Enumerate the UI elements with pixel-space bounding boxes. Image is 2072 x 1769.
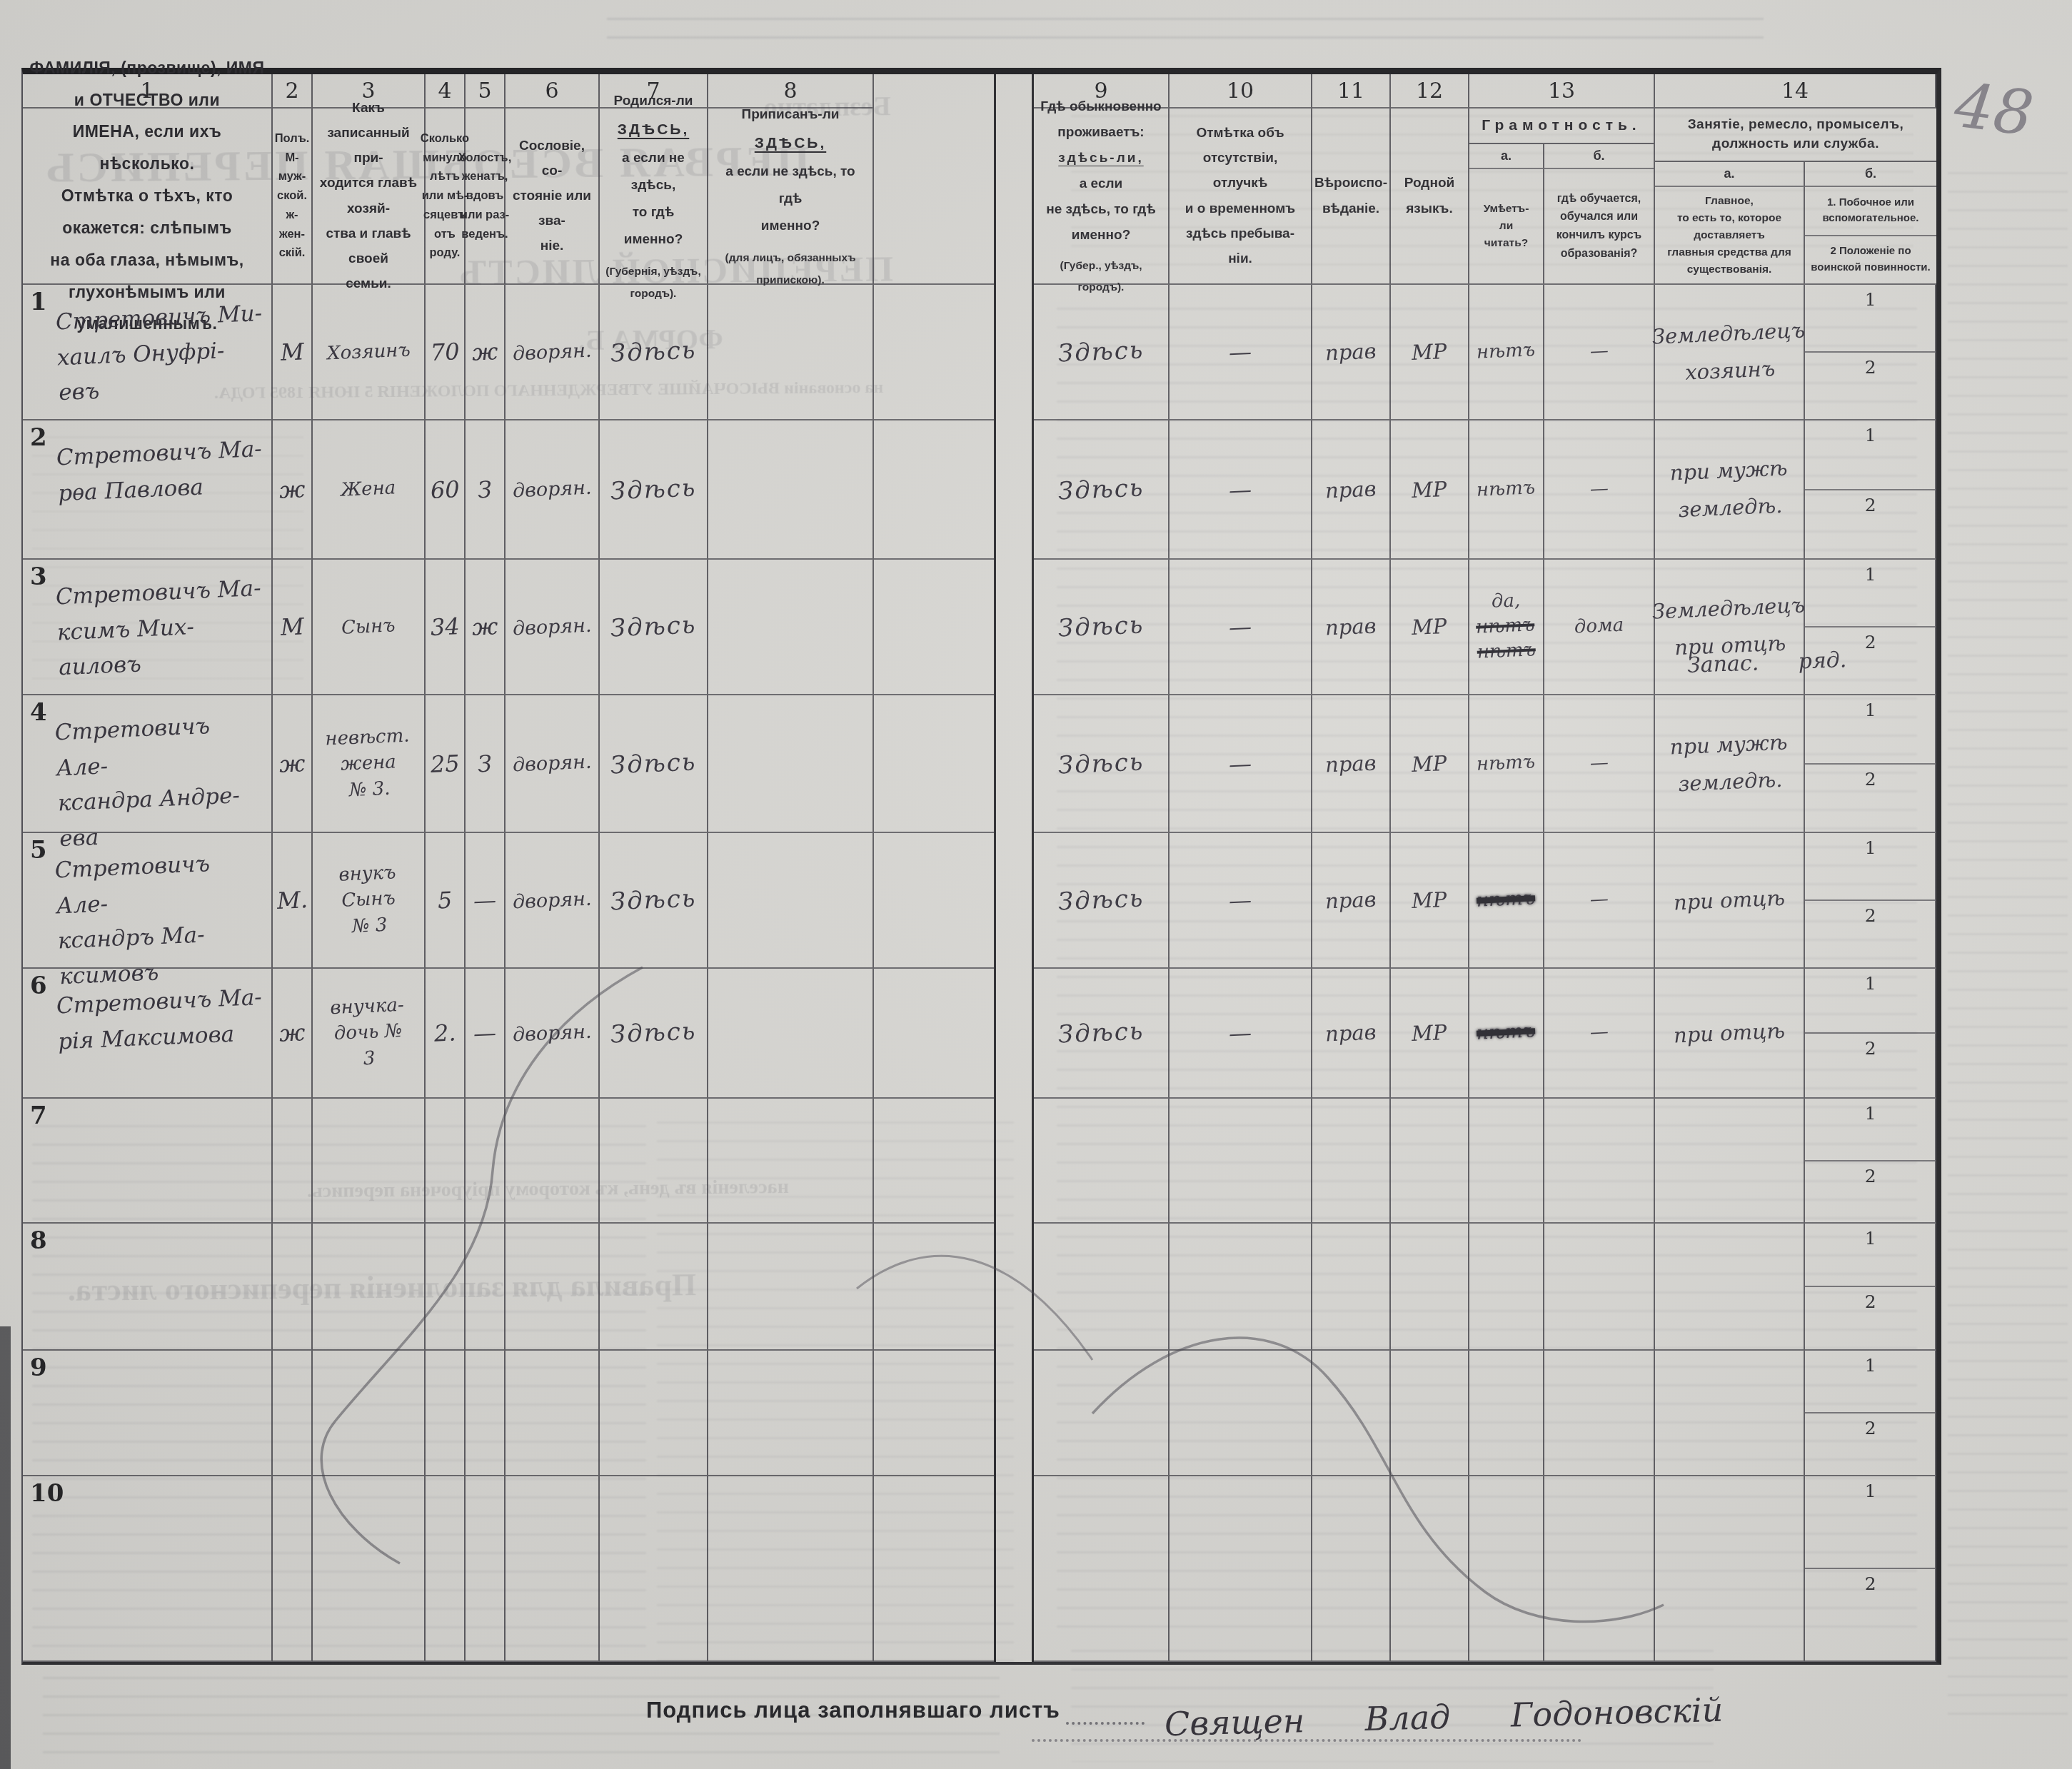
sheet-margin [874,833,994,969]
occupation-cell: при мужѣ земледѣ. [1655,420,1805,560]
left-edge-shadow [0,1326,11,1769]
header-col8-registration: Приписанъ-ли ЗДѢСЬ, а если не здѣсь, то … [708,109,874,285]
census-sheet-page: Безплатно. ПЕРВАЯ ВСЕОБЩАЯ ПЕРЕПИСЬ ПЕРЕ… [0,0,2072,1769]
occupation-secondary-cell: 1 2 [1805,1099,1936,1224]
name-cell: 10 [23,1476,273,1662]
religion-cell [1312,1099,1391,1224]
registration-cell [708,1351,874,1476]
column-number-14: 14 [1655,74,1936,109]
relation-cell: Хозяинъ [313,285,426,420]
age-cell: 25 [426,695,466,833]
estate-cell [506,1476,600,1662]
sheet-fold [994,74,1034,1662]
header-col5-marital: Холостъ, женатъ, вдовъ или раз- веденъ. [466,109,506,285]
language-cell [1391,1099,1469,1224]
header-col11-religion: Вѣроиспо- вѣданіе. [1312,109,1391,285]
birthplace-cell: Здѣсь [600,969,708,1099]
absence-cell: — [1170,969,1312,1099]
occupation-secondary-cell: 1 2 [1805,833,1936,969]
registration-cell [708,1099,874,1224]
header-col13-literacy: Грамотность. а. б. Умѣетъ- ли читать? гд… [1469,109,1655,285]
name-cell: 7 [23,1099,273,1224]
literacy-read-cell: нѣтъ [1469,420,1544,560]
estate-cell [506,1099,600,1224]
name-cell: 9 [23,1351,273,1476]
literacy-school-cell: — [1544,420,1655,560]
relation-cell [313,1224,426,1351]
estate-cell [506,1224,600,1351]
registration-cell [708,420,874,560]
absence-cell: — [1170,285,1312,420]
residence-cell: Здѣсь [1034,695,1170,833]
estate-cell: дворян. [506,285,600,420]
sex-cell: М [273,560,313,695]
age-cell: 34 [426,560,466,695]
sheet-margin [874,695,994,833]
column-number-11: 11 [1312,74,1391,109]
language-cell [1391,1351,1469,1476]
occupation-secondary-cell: 1 2 [1805,1351,1936,1476]
marital-cell: З [466,695,506,833]
language-cell: МР [1391,969,1469,1099]
header-col6-estate: Сословіе, со- стояніе или зва- ніе. [506,109,600,285]
language-cell: МР [1391,560,1469,695]
signature-leader-dots [1066,1698,1145,1725]
estate-cell: дворян. [506,560,600,695]
relation-cell: невѣст. жена № 3. [313,695,426,833]
header-col2-sex: Полъ. М-муж- ской. ж-жен- скій. [273,109,313,285]
sheet-margin [874,1099,994,1224]
signature-label: Подпись лица заполнявшаго листъ [646,1698,1060,1723]
sex-cell [273,1476,313,1662]
birthplace-cell [600,1351,708,1476]
occupation-cell: при отцѣ [1655,833,1805,969]
birthplace-cell: Здѣсь [600,833,708,969]
birthplace-cell: Здѣсь [600,695,708,833]
sheet-margin [874,285,994,420]
header-col12-language: Родной языкъ. [1391,109,1469,285]
sheet-margin [874,560,994,695]
registration-cell [708,833,874,969]
religion-cell [1312,1476,1391,1662]
relation-cell: Сынъ [313,560,426,695]
language-cell: МР [1391,420,1469,560]
birthplace-cell [600,1099,708,1224]
marital-cell: З [466,420,506,560]
column-number-10: 10 [1170,74,1312,109]
estate-cell: дворян. [506,833,600,969]
literacy-school-cell [1544,1224,1655,1351]
literacy-read-cell: нѣтъ [1469,695,1544,833]
age-cell: 60 [426,420,466,560]
marital-cell: — [466,969,506,1099]
occupation-cell [1655,1476,1805,1662]
literacy-school-cell [1544,1351,1655,1476]
residence-cell [1034,1099,1170,1224]
enumerator-signature: Священ Влад Годоновскій [1164,1690,1723,1743]
sheet-margin [874,1476,994,1662]
registration-cell [708,1476,874,1662]
absence-cell [1170,1099,1312,1224]
column-number-6: 6 [506,74,600,109]
sheet-margin [874,969,994,1099]
age-cell [426,1224,466,1351]
literacy-school-cell: дома [1544,560,1655,695]
signature-block: Подпись лица заполнявшаго листъ Священ В… [646,1698,1723,1736]
marital-cell: — [466,833,506,969]
column-number-12: 12 [1391,74,1469,109]
age-cell: 70 [426,285,466,420]
military-status-entry: Запас. ряд. [1686,647,1846,678]
sex-cell: М. [273,833,313,969]
relation-cell [313,1351,426,1476]
header-col1-names: ФАМИЛІЯ, (прозвище), ИМЯ и ОТЧЕСТВО или … [23,109,273,285]
absence-cell [1170,1476,1312,1662]
literacy-school-cell [1544,1476,1655,1662]
religion-cell [1312,1351,1391,1476]
birthplace-cell: Здѣсь [600,420,708,560]
religion-cell: прав [1312,560,1391,695]
marital-cell: ж [466,285,506,420]
residence-cell [1034,1476,1170,1662]
literacy-school-cell: — [1544,695,1655,833]
header-col3-relation: Какъ записанный при- ходится главѣ хозяй… [313,109,426,285]
relation-cell: внукъ Сынъ № 3 [313,833,426,969]
absence-cell: — [1170,420,1312,560]
absence-cell: — [1170,560,1312,695]
residence-cell: Здѣсь [1034,560,1170,695]
name-entry: Стретовичъ Ми- хаилъ Онуфрі- евъ [55,296,269,411]
sex-cell: ж [273,695,313,833]
literacy-read-cell: нѣтъ [1469,833,1544,969]
occupation-secondary-cell: 1 2 [1805,1224,1936,1351]
header-col8-question: Приписанъ-ли ЗДѢСЬ, [713,101,868,158]
age-cell [426,1099,466,1224]
name-cell: 4Стретовичъ Але- ксандра Андре- ева [23,695,273,833]
name-cell: 5Стретовичъ Але- ксандръ Ма- ксимовъ [23,833,273,969]
birthplace-cell: Здѣсь [600,560,708,695]
absence-cell [1170,1224,1312,1351]
occupation-cell: Земледѣлецъ хозяинъ [1655,285,1805,420]
literacy-school-cell: — [1544,833,1655,969]
occupation-cell [1655,1351,1805,1476]
marital-cell: ж [466,560,506,695]
registration-cell [708,285,874,420]
language-cell: МР [1391,695,1469,833]
estate-cell: дворян. [506,420,600,560]
sheet-margin [874,1351,994,1476]
registration-cell [708,695,874,833]
literacy-school-cell: — [1544,969,1655,1099]
relation-cell: внучка- дочь № 3 [313,969,426,1099]
language-cell: МР [1391,833,1469,969]
literacy-read-cell: нѣтъ [1469,969,1544,1099]
header-col10-absence: Отмѣтка объ отсутствіи, отлучкѣ и о врем… [1170,109,1312,285]
religion-cell: прав [1312,969,1391,1099]
name-cell: 3Стретовичъ Ма- ксимъ Мих- аиловъ [23,560,273,695]
religion-cell: прав [1312,420,1391,560]
header-col7-question: Родился-ли ЗДѢСЬ, [604,88,703,145]
row-number: 1 [30,288,47,316]
occupation-secondary-cell: 1 2 [1805,969,1936,1099]
sheet-margin [874,1224,994,1351]
residence-cell: Здѣсь [1034,969,1170,1099]
age-cell [426,1351,466,1476]
census-table: 1 2 3 4 5 6 7 8 9 10 11 12 13 14 ФАМИЛІЯ… [21,68,1941,1665]
literacy-school-cell [1544,1099,1655,1224]
residence-cell [1034,1224,1170,1351]
age-cell: 2. [426,969,466,1099]
sex-cell [273,1099,313,1224]
age-cell [426,1476,466,1662]
occupation-cell: при мужѣ земледѣ. [1655,695,1805,833]
religion-cell: прав [1312,695,1391,833]
sex-cell [273,1224,313,1351]
occupation-cell [1655,1099,1805,1224]
sex-cell: М [273,285,313,420]
literacy-read-cell: нѣтъ [1469,285,1544,420]
marital-cell [466,1351,506,1476]
literacy-read-cell [1469,1099,1544,1224]
folio-number-pencil: 48 [1951,70,2037,151]
residence-cell: Здѣсь [1034,833,1170,969]
birthplace-cell [600,1476,708,1662]
literacy-read-cell [1469,1476,1544,1662]
estate-cell: дворян. [506,695,600,833]
name-cell: 6Стретовичъ Ма- рія Максимова [23,969,273,1099]
language-cell [1391,1224,1469,1351]
name-cell: 8 [23,1224,273,1351]
absence-cell: — [1170,833,1312,969]
literacy-read-cell: да,нѣтъ нѣтъ [1469,560,1544,695]
occupation-secondary-cell: 1 2Запас. ряд. [1805,560,1936,695]
header-col7-birthplace: Родился-ли ЗДѢСЬ, а если не здѣсь, то гд… [600,109,708,285]
name-cell: 1Стретовичъ Ми- хаилъ Онуфрі- евъ [23,285,273,420]
birthplace-cell [600,1224,708,1351]
age-cell: 5 [426,833,466,969]
religion-cell: прав [1312,833,1391,969]
header-col9-residence: Гдѣ обыкновенно проживаетъ: здѣсь-ли, а … [1034,109,1170,285]
residence-cell: Здѣсь [1034,420,1170,560]
name-cell: 2Стретовичъ Ма- рѳа Павлова [23,420,273,560]
occupation-secondary-cell: 1 2 [1805,420,1936,560]
registration-cell [708,969,874,1099]
sex-cell [273,1351,313,1476]
birthplace-cell: Здѣсь [600,285,708,420]
marital-cell [466,1224,506,1351]
occupation-secondary-cell: 1 2 [1805,285,1936,420]
occupation-secondary-cell: 1 2 [1805,1476,1936,1662]
sheet-margin [874,109,994,285]
occupation-secondary-cell: 1 2 [1805,695,1936,833]
header-col14-occupation: Занятіе, ремесло, промыселъ, должность и… [1655,109,1936,285]
column-number-13: 13 [1469,74,1655,109]
literacy-read-cell [1469,1224,1544,1351]
sheet-margin [874,74,994,109]
estate-cell: дворян. [506,969,600,1099]
registration-cell [708,560,874,695]
language-cell: МР [1391,285,1469,420]
occupation-cell [1655,1224,1805,1351]
column-number-5: 5 [466,74,506,109]
column-number-2: 2 [273,74,313,109]
religion-cell [1312,1224,1391,1351]
relation-cell [313,1099,426,1224]
bleed-paragraph [607,10,1764,47]
language-cell [1391,1476,1469,1662]
occupation-cell: при отцѣ [1655,969,1805,1099]
bleed-paragraph [1948,164,2068,1720]
marital-cell [466,1476,506,1662]
column-number-4: 4 [426,74,466,109]
absence-cell: — [1170,695,1312,833]
sex-cell: ж [273,420,313,560]
relation-cell [313,1476,426,1662]
absence-cell [1170,1351,1312,1476]
literacy-school-cell: — [1544,285,1655,420]
sheet-margin [874,420,994,560]
relation-cell: Жена [313,420,426,560]
marital-cell [466,1099,506,1224]
estate-cell [506,1351,600,1476]
residence-cell [1034,1351,1170,1476]
residence-cell: Здѣсь [1034,285,1170,420]
religion-cell: прав [1312,285,1391,420]
literacy-read-cell [1469,1351,1544,1476]
sex-cell: ж [273,969,313,1099]
registration-cell [708,1224,874,1351]
